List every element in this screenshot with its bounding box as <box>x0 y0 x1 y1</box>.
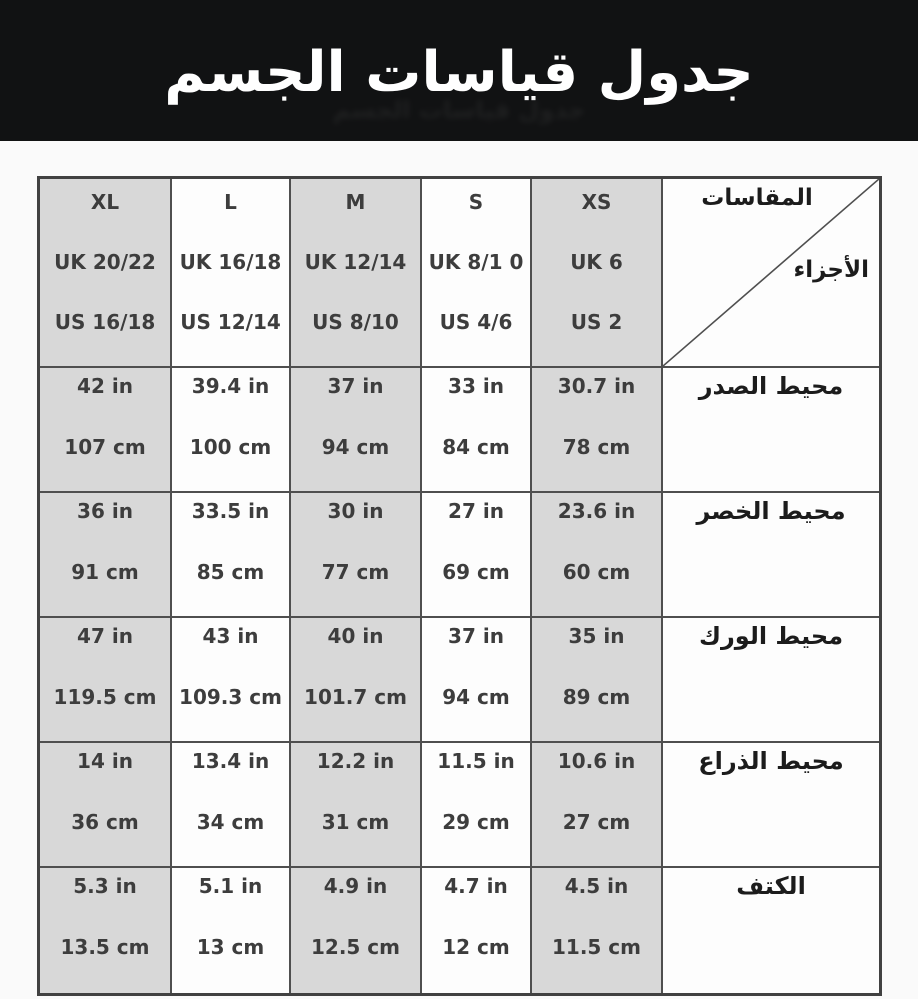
value-in: 33 in <box>448 374 504 398</box>
value-in: 23.6 in <box>558 499 635 523</box>
value-in: 10.6 in <box>558 749 635 773</box>
value-cm: 27 cm <box>563 810 631 834</box>
measurement-cell: 36 in 91 cm <box>40 493 172 618</box>
value-cm: 11.5 cm <box>552 935 641 959</box>
measurement-cell: 35 in 89 cm <box>532 618 663 743</box>
uk-size: UK 20/22 <box>54 250 156 274</box>
measurement-cell: 30.7 in 78 cm <box>532 368 663 493</box>
value-in: 11.5 in <box>437 749 514 773</box>
measurement-cell: 5.3 in 13.5 cm <box>40 868 172 993</box>
value-cm: 69 cm <box>442 560 510 584</box>
size-label: L <box>224 190 237 214</box>
measurement-cell: 39.4 in 100 cm <box>172 368 291 493</box>
value-in: 35 in <box>569 624 625 648</box>
page-title: جدول قياسات الجسم <box>164 40 754 105</box>
uk-size: UK 6 <box>570 250 623 274</box>
size-header-cell-xl: XL UK 20/22 US 16/18 <box>40 179 172 368</box>
value-cm: 34 cm <box>197 810 265 834</box>
value-cm: 94 cm <box>442 685 510 709</box>
value-cm: 94 cm <box>322 435 390 459</box>
measurement-cell: 23.6 in 60 cm <box>532 493 663 618</box>
size-label: XS <box>582 190 612 214</box>
value-in: 39.4 in <box>192 374 269 398</box>
value-in: 40 in <box>328 624 384 648</box>
row-label-hips: محيط الورك <box>663 618 879 743</box>
size-header-cell-l: L UK 16/18 US 12/14 <box>172 179 291 368</box>
measurement-cell: 42 in 107 cm <box>40 368 172 493</box>
size-header-cell-xs: XS UK 6 US 2 <box>532 179 663 368</box>
body-measurements-table: XL UK 20/22 US 16/18 L UK 16/18 US 12/14… <box>37 176 882 996</box>
value-cm: 13.5 cm <box>60 935 149 959</box>
value-in: 42 in <box>77 374 133 398</box>
measurement-cell: 33.5 in 85 cm <box>172 493 291 618</box>
measurement-cell: 30 in 77 cm <box>291 493 422 618</box>
value-in: 37 in <box>448 624 504 648</box>
uk-size: UK 16/18 <box>180 250 282 274</box>
value-cm: 13 cm <box>197 935 265 959</box>
us-size: US 8/10 <box>312 310 399 334</box>
measurement-cell: 47 in 119.5 cm <box>40 618 172 743</box>
value-cm: 101.7 cm <box>304 685 407 709</box>
measurement-cell: 33 in 84 cm <box>422 368 532 493</box>
value-cm: 31 cm <box>322 810 390 834</box>
corner-sizes-label: المقاسات <box>671 185 843 211</box>
size-label: M <box>346 190 366 214</box>
measurement-cell: 4.7 in 12 cm <box>422 868 532 993</box>
title-banner: جدول قياسات الجسم جدول قياسات الجسم <box>0 0 918 141</box>
value-in: 27 in <box>448 499 504 523</box>
size-label: S <box>469 190 483 214</box>
us-size: US 12/14 <box>180 310 281 334</box>
value-cm: 77 cm <box>322 560 390 584</box>
row-label-arm: محيط الذراع <box>663 743 879 868</box>
value-cm: 100 cm <box>190 435 271 459</box>
value-in: 4.9 in <box>324 874 388 898</box>
value-cm: 78 cm <box>563 435 631 459</box>
measurement-cell: 37 in 94 cm <box>422 618 532 743</box>
value-in: 5.3 in <box>73 874 137 898</box>
value-cm: 12 cm <box>442 935 510 959</box>
us-size: US 16/18 <box>55 310 156 334</box>
corner-parts-label: الأجزاء <box>793 257 869 283</box>
value-cm: 12.5 cm <box>311 935 400 959</box>
measurement-cell: 40 in 101.7 cm <box>291 618 422 743</box>
row-label-chest: محيط الصدر <box>663 368 879 493</box>
value-in: 30.7 in <box>558 374 635 398</box>
size-label: XL <box>91 190 119 214</box>
value-cm: 109.3 cm <box>179 685 282 709</box>
value-cm: 60 cm <box>563 560 631 584</box>
measurement-cell: 13.4 in 34 cm <box>172 743 291 868</box>
value-in: 36 in <box>77 499 133 523</box>
measurement-cell: 27 in 69 cm <box>422 493 532 618</box>
value-in: 13.4 in <box>192 749 269 773</box>
measurement-cell: 12.2 in 31 cm <box>291 743 422 868</box>
value-in: 12.2 in <box>317 749 394 773</box>
value-cm: 91 cm <box>71 560 139 584</box>
corner-cell: المقاسات الأجزاء <box>663 179 879 368</box>
row-label-shoulder: الكتف <box>663 868 879 993</box>
size-chart-page: جدول قياسات الجسم جدول قياسات الجسم XL U… <box>0 0 918 999</box>
size-header-cell-s: S UK 8/1 0 US 4/6 <box>422 179 532 368</box>
value-in: 30 in <box>328 499 384 523</box>
measurement-cell: 14 in 36 cm <box>40 743 172 868</box>
value-cm: 85 cm <box>197 560 265 584</box>
value-in: 4.5 in <box>565 874 629 898</box>
value-in: 14 in <box>77 749 133 773</box>
measurement-cell: 43 in 109.3 cm <box>172 618 291 743</box>
value-cm: 36 cm <box>71 810 139 834</box>
measurement-cell: 10.6 in 27 cm <box>532 743 663 868</box>
measurement-cell: 11.5 in 29 cm <box>422 743 532 868</box>
us-size: US 4/6 <box>440 310 513 334</box>
measurement-cell: 4.9 in 12.5 cm <box>291 868 422 993</box>
value-cm: 84 cm <box>442 435 510 459</box>
us-size: US 2 <box>571 310 623 334</box>
value-cm: 119.5 cm <box>54 685 157 709</box>
value-in: 4.7 in <box>444 874 508 898</box>
measurement-cell: 4.5 in 11.5 cm <box>532 868 663 993</box>
value-in: 43 in <box>203 624 259 648</box>
uk-size: UK 8/1 0 <box>429 250 524 274</box>
value-in: 47 in <box>77 624 133 648</box>
measurement-cell: 5.1 in 13 cm <box>172 868 291 993</box>
uk-size: UK 12/14 <box>305 250 407 274</box>
value-in: 33.5 in <box>192 499 269 523</box>
value-cm: 89 cm <box>563 685 631 709</box>
measurement-cell: 37 in 94 cm <box>291 368 422 493</box>
value-cm: 29 cm <box>442 810 510 834</box>
row-label-waist: محيط الخصر <box>663 493 879 618</box>
size-header-cell-m: M UK 12/14 US 8/10 <box>291 179 422 368</box>
value-cm: 107 cm <box>64 435 145 459</box>
value-in: 37 in <box>328 374 384 398</box>
value-in: 5.1 in <box>199 874 263 898</box>
